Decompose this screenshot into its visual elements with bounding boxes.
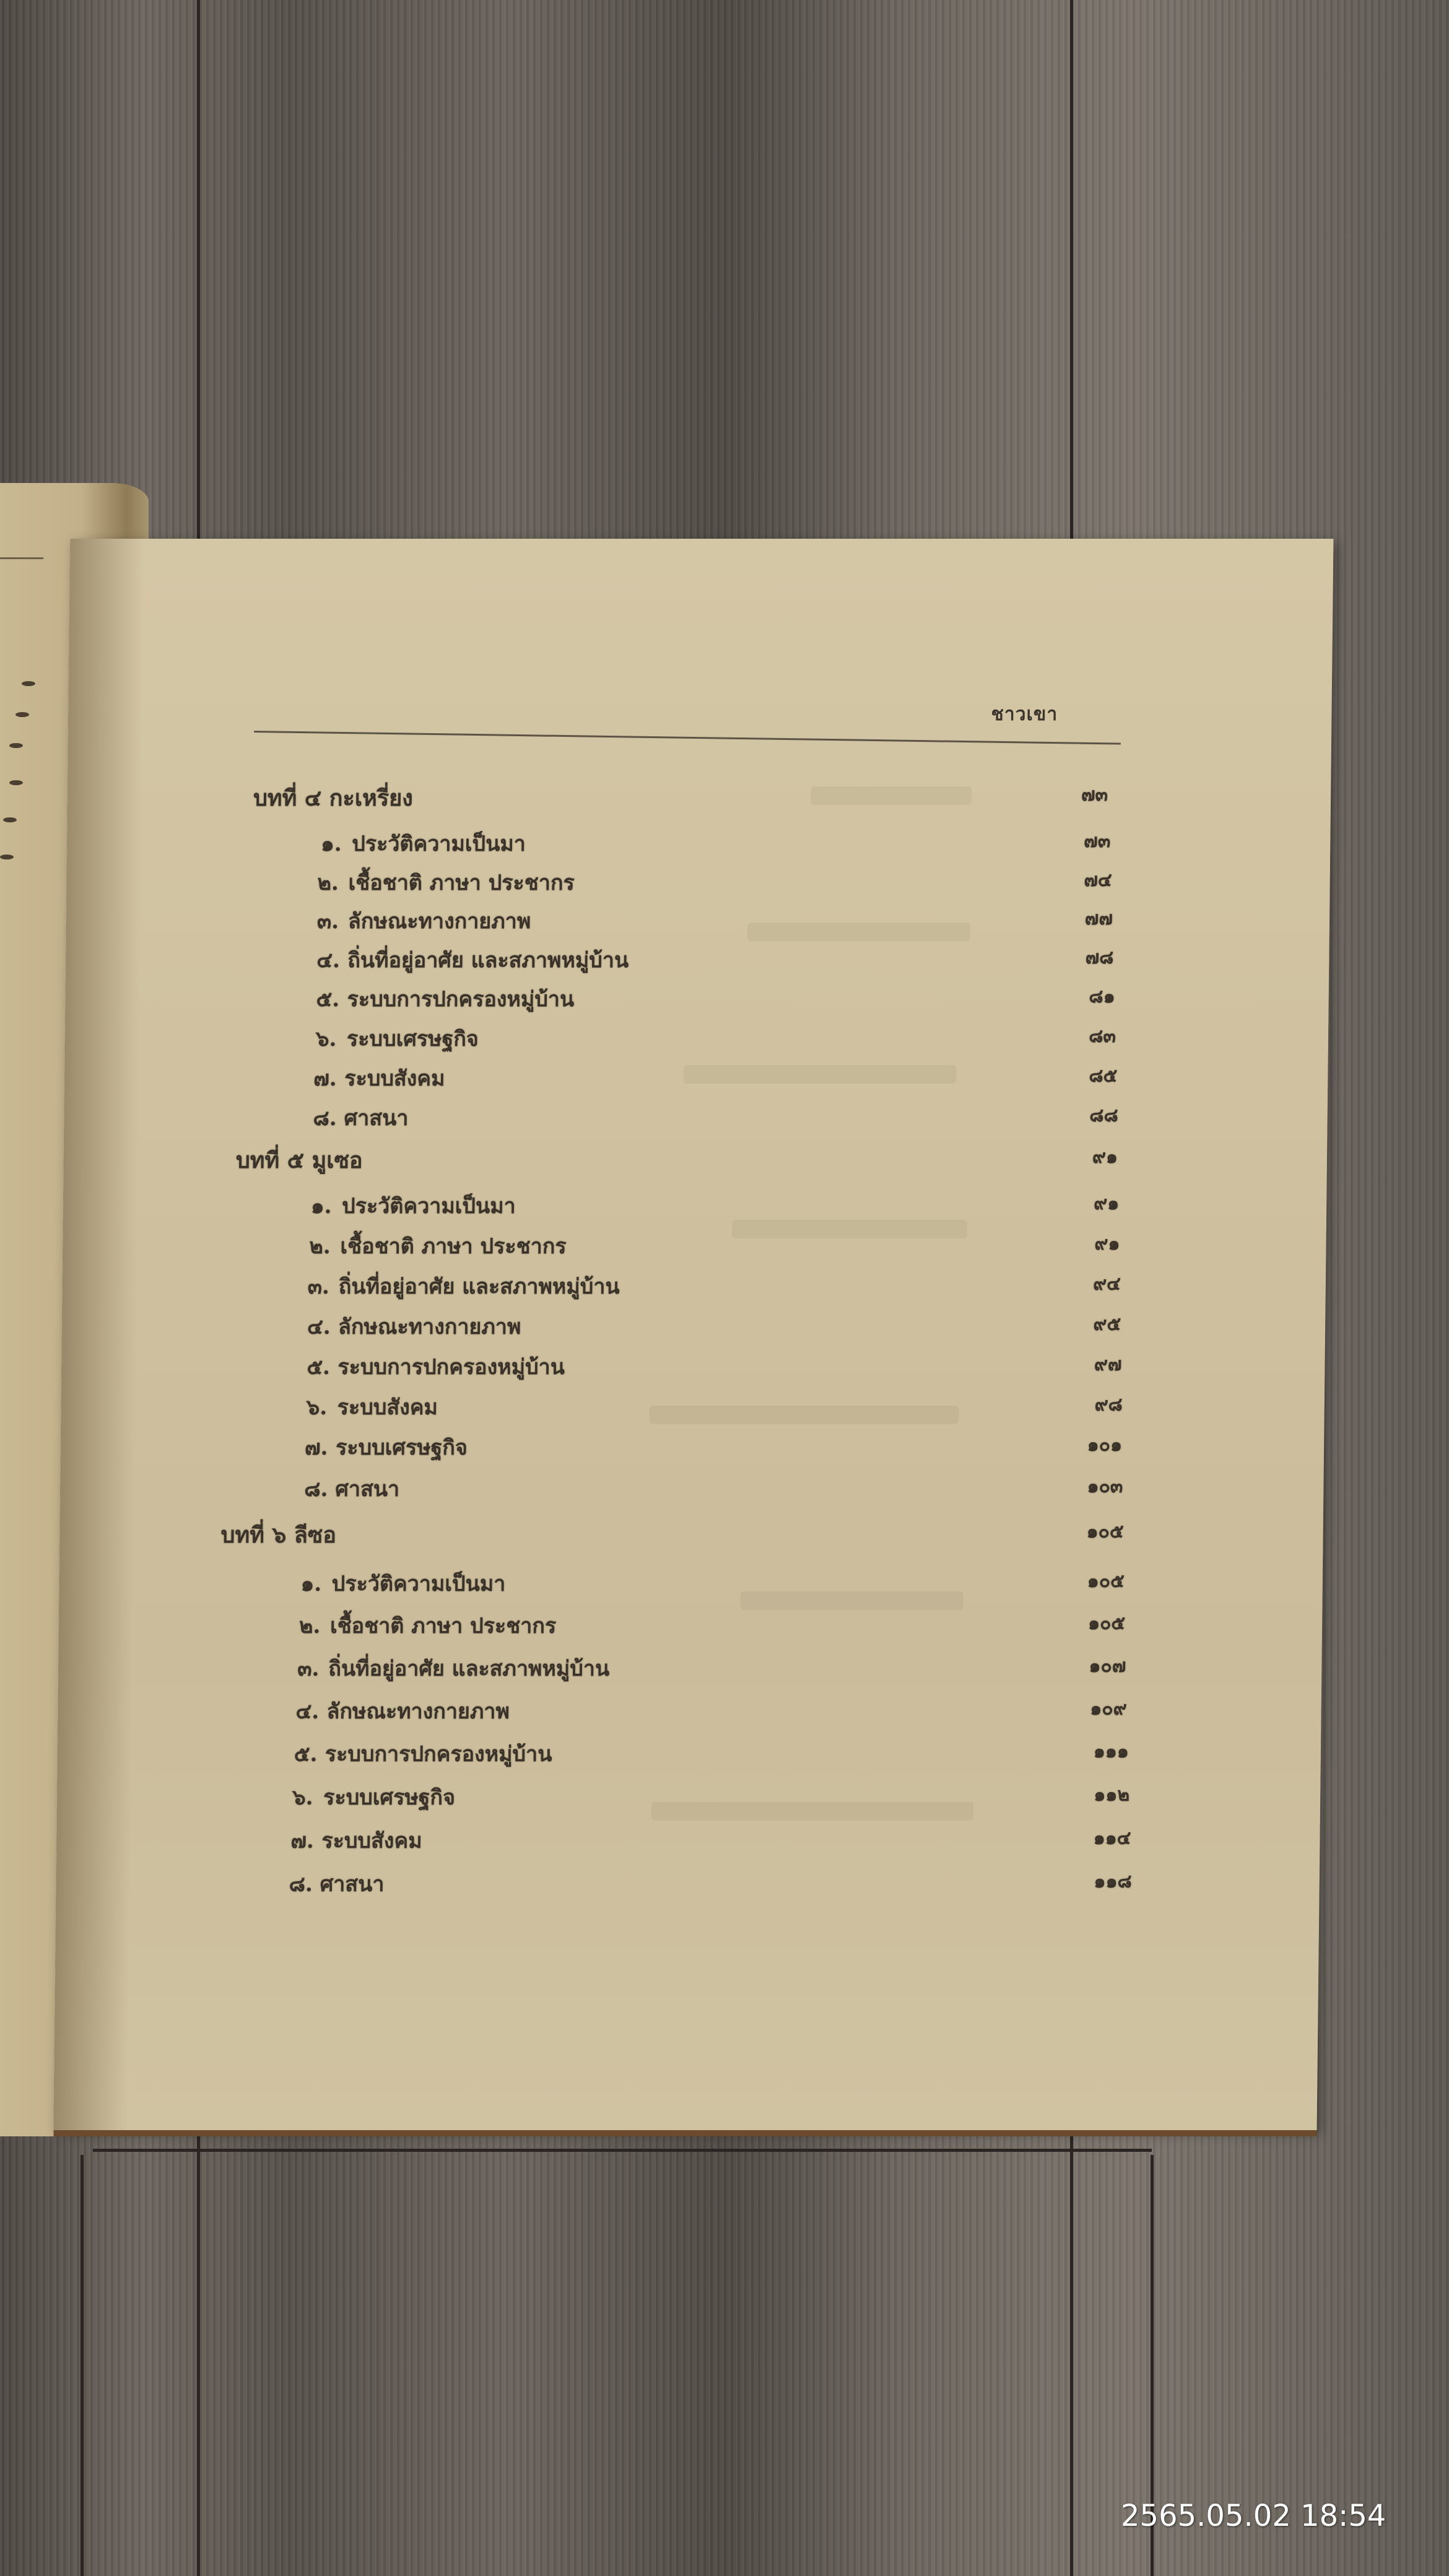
chapter-title: บทที่ ๔ กะเหรี่ยง — [253, 780, 413, 816]
entry-number: ๗. — [313, 1061, 337, 1095]
entry-title: ลักษณะทางกายภาพ — [348, 904, 531, 938]
entry-page-number: ๑๐๗ — [1039, 1651, 1126, 1681]
toc-entry: ๕. ระบบการปกครองหมู่บ้าน ๙๗ — [61, 1350, 1325, 1387]
chapter-title: บทที่ ๕ มูเซอ — [236, 1142, 363, 1178]
toc-entry: ๑. ประวัติความเป็นมา ๑๐๕ — [59, 1567, 1323, 1604]
entry-number: ๖. — [292, 1780, 313, 1814]
toc-entry: ๘. ศาสนา ๘๘ — [64, 1101, 1328, 1138]
toc-entry: ๗. ระบบเศรษฐกิจ ๑๐๑ — [61, 1430, 1325, 1468]
entry-title: ระบบเศรษฐกิจ — [347, 1022, 479, 1055]
entry-page-number: ๘๘ — [1031, 1101, 1118, 1130]
left-page-number-fragment — [22, 681, 35, 686]
left-page-number-fragment — [3, 817, 17, 822]
entry-page-number: ๙๑ — [1032, 1189, 1119, 1218]
entry-title: ระบบเศรษฐกิจ — [323, 1780, 455, 1814]
toc-entry: ๕. ระบบการปกครองหมู่บ้าน ๑๑๑ — [58, 1737, 1321, 1774]
entry-page-number: ๘๓ — [1029, 1022, 1116, 1051]
entry-page-number: ๘๑ — [1028, 982, 1115, 1011]
entry-number: ๒. — [299, 1609, 321, 1642]
entry-page-number: ๑๑๘ — [1045, 1867, 1132, 1896]
entry-number: ๘. — [313, 1101, 337, 1134]
entry-page-number: ๑๑๒ — [1043, 1780, 1129, 1809]
entry-page-number: ๑๐๕ — [1038, 1609, 1125, 1638]
entry-title: เชื้อชาติ ภาษา ประชากร — [330, 1609, 557, 1642]
entry-page-number: ๙๕ — [1034, 1310, 1121, 1339]
entry-number: ๘. — [289, 1867, 313, 1900]
chapter-page-number: ๑๐๕ — [1037, 1517, 1123, 1546]
entry-title: ลักษณะทางกายภาพ — [326, 1694, 510, 1728]
entry-number: ๕. — [307, 1350, 330, 1383]
entry-page-number: ๙๘ — [1036, 1390, 1123, 1419]
entry-number: ๔. — [307, 1310, 331, 1343]
toc-entry: ๖. ระบบสังคม ๙๘ — [61, 1390, 1325, 1427]
photo-timestamp: 2565.05.02 18:54 — [1121, 2499, 1386, 2533]
table-of-contents: บทที่ ๔ กะเหรี่ยง ๗๓ ๑. ประวัติความเป็นม… — [54, 539, 1334, 2130]
entry-page-number: ๗๗ — [1026, 904, 1113, 933]
toc-entry: ๔. ถิ่นที่อยู่อาศัย และสภาพหมู่บ้าน ๗๘ — [66, 943, 1329, 980]
toc-entry: ๔. ลักษณะทางกายภาพ ๑๐๙ — [58, 1694, 1321, 1731]
entry-page-number: ๙๑ — [1033, 1229, 1120, 1258]
entry-page-number: ๗๔ — [1025, 866, 1112, 895]
left-page-number-fragment — [9, 780, 23, 785]
entry-number: ๓. — [297, 1651, 320, 1685]
entry-number: ๑. — [301, 1567, 322, 1600]
entry-title: ระบบสังคม — [344, 1061, 445, 1095]
chapter-page-number: ๙๑ — [1031, 1142, 1118, 1172]
entry-page-number: ๑๑๑ — [1042, 1737, 1129, 1766]
toc-entry: ๑. ประวัติความเป็นมา ๗๓ — [67, 827, 1331, 864]
entry-title: ถิ่นที่อยู่อาศัย และสภาพหมู่บ้าน — [328, 1651, 609, 1685]
entry-title: เชื้อชาติ ภาษา ประชากร — [340, 1229, 567, 1263]
left-page-number-fragment — [0, 855, 14, 859]
entry-title: ศาสนา — [344, 1101, 408, 1134]
entry-page-number: ๗๘ — [1027, 943, 1113, 972]
chapter-heading: บทที่ ๔ กะเหรี่ยง ๗๓ — [67, 780, 1331, 817]
entry-page-number: ๑๐๕ — [1038, 1567, 1125, 1596]
chapter-heading: บทที่ ๕ มูเซอ ๙๑ — [64, 1142, 1328, 1180]
entry-number: ๓. — [317, 904, 339, 938]
toc-entry: ๓. ลักษณะทางกายภาพ ๗๗ — [66, 904, 1330, 941]
chapter-title: บทที่ ๖ ลีซอ — [220, 1517, 336, 1552]
left-page-rule — [0, 557, 43, 559]
entry-number: ๖. — [306, 1390, 327, 1424]
entry-number: ๗. — [290, 1824, 314, 1857]
entry-page-number: ๑๐๙ — [1040, 1694, 1126, 1723]
toc-entry: ๒. เชื้อชาติ ภาษา ประชากร ๗๔ — [66, 866, 1330, 903]
entry-number: ๘. — [304, 1472, 328, 1505]
entry-page-number: ๑๑๔ — [1044, 1824, 1131, 1853]
left-page-number-fragment — [15, 712, 29, 717]
entry-title: ระบบสังคม — [321, 1824, 422, 1857]
toc-entry: ๕. ระบบการปกครองหมู่บ้าน ๘๑ — [65, 982, 1329, 1019]
chapter-page-number: ๗๓ — [1021, 780, 1108, 809]
entry-number: ๕. — [316, 982, 339, 1016]
entry-title: เชื้อชาติ ภาษา ประชากร — [348, 866, 575, 899]
toc-entry: ๖. ระบบเศรษฐกิจ ๑๑๒ — [57, 1780, 1321, 1817]
entry-title: ระบบการปกครองหมู่บ้าน — [325, 1737, 552, 1770]
entry-number: ๒. — [309, 1229, 331, 1263]
entry-page-number: ๙๗ — [1035, 1350, 1121, 1379]
chapter-heading: บทที่ ๖ ลีซอ ๑๐๕ — [59, 1517, 1323, 1554]
entry-number: ๓. — [308, 1269, 330, 1303]
floor-seam — [80, 2155, 84, 2576]
toc-entry: ๒. เชื้อชาติ ภาษา ประชากร ๑๐๕ — [59, 1609, 1323, 1646]
entry-title: ถิ่นที่อยู่อาศัย และสภาพหมู่บ้าน — [339, 1269, 620, 1303]
entry-number: ๔. — [295, 1694, 319, 1728]
toc-entry: ๘. ศาสนา ๑๑๘ — [56, 1867, 1320, 1904]
toc-entry: ๗. ระบบสังคม ๘๕ — [64, 1061, 1328, 1099]
entry-page-number: ๘๕ — [1030, 1061, 1117, 1090]
entry-title: ศาสนา — [320, 1867, 384, 1900]
entry-title: ถิ่นที่อยู่อาศัย และสภาพหมู่บ้าน — [347, 943, 629, 977]
entry-title: ระบบเศรษฐกิจ — [336, 1430, 468, 1464]
entry-title: ประวัติความเป็นมา — [342, 1189, 516, 1222]
toc-page: ชาวเขา บทที่ ๔ กะเหรี่ยง ๗๓ ๑. ประวัติคว… — [54, 539, 1334, 2130]
toc-entry: ๓. ถิ่นที่อยู่อาศัย และสภาพหมู่บ้าน ๙๔ — [62, 1269, 1326, 1307]
toc-entry: ๘. ศาสนา ๑๐๓ — [60, 1472, 1324, 1509]
entry-page-number: ๑๐๑ — [1035, 1430, 1122, 1460]
floor-seam — [93, 2149, 1152, 2152]
toc-entry: ๓. ถิ่นที่อยู่อาศัย และสภาพหมู่บ้าน ๑๐๗ — [58, 1651, 1322, 1689]
entry-title: ประวัติความเป็นมา — [332, 1567, 506, 1600]
entry-number: ๕. — [294, 1737, 318, 1770]
entry-number: ๗. — [305, 1430, 328, 1464]
entry-title: ศาสนา — [335, 1472, 399, 1505]
entry-title: ระบบการปกครองหมู่บ้าน — [347, 982, 574, 1016]
toc-entry: ๑. ประวัติความเป็นมา ๙๑ — [63, 1189, 1327, 1226]
entry-page-number: ๙๔ — [1034, 1269, 1121, 1299]
entry-number: ๒. — [317, 866, 339, 899]
entry-number: ๔. — [316, 943, 340, 977]
toc-entry: ๒. เชื้อชาติ ภาษา ประชากร ๙๑ — [63, 1229, 1326, 1266]
entry-title: ระบบสังคม — [337, 1390, 438, 1424]
toc-entry: ๔. ลักษณะทางกายภาพ ๙๕ — [62, 1310, 1326, 1347]
toc-entry: ๗. ระบบสังคม ๑๑๔ — [56, 1824, 1320, 1861]
entry-title: ลักษณะทางกายภาพ — [338, 1310, 521, 1343]
entry-number: ๖. — [316, 1022, 337, 1055]
entry-page-number: ๑๐๓ — [1036, 1472, 1123, 1501]
entry-title: ประวัติความเป็นมา — [352, 827, 526, 860]
entry-title: ระบบการปกครองหมู่บ้าน — [337, 1350, 565, 1383]
entry-number: ๑. — [311, 1189, 332, 1222]
entry-page-number: ๗๓ — [1024, 827, 1110, 856]
toc-entry: ๖. ระบบเศรษฐกิจ ๘๓ — [65, 1022, 1329, 1059]
left-page-number-fragment — [9, 743, 23, 748]
entry-number: ๑. — [321, 827, 342, 860]
